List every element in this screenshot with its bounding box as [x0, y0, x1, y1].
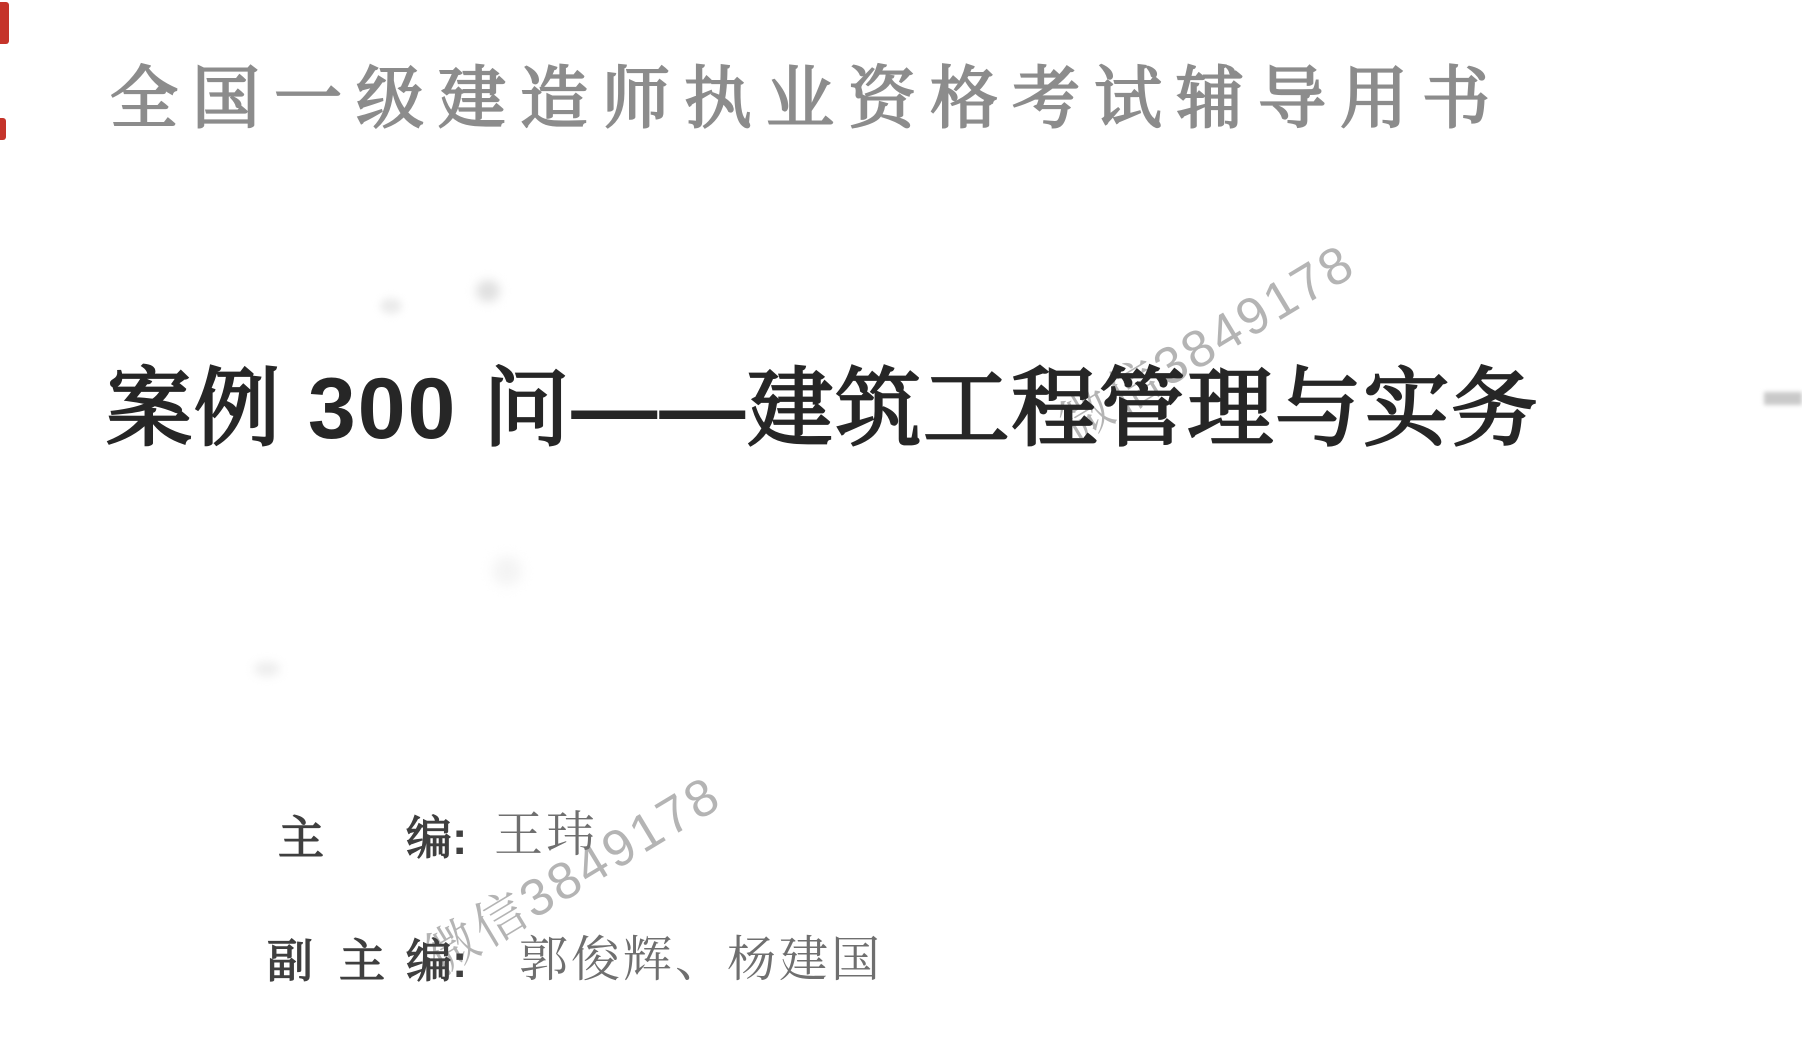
deputy-editor-label-bian: 编:	[406, 936, 467, 987]
scan-smudge	[380, 298, 402, 314]
chief-editor-label-bian: 编:	[406, 813, 467, 864]
red-scan-mark-lower	[0, 118, 6, 140]
scan-smudge	[254, 662, 280, 676]
scan-smudge	[476, 280, 500, 302]
chief-editor-name: 王玮	[494, 808, 598, 862]
red-scan-mark-top	[0, 2, 9, 44]
deputy-editor-label-fu: 副	[267, 936, 313, 987]
scan-mark-right-edge	[1764, 392, 1802, 405]
chief-editor-label-zhu: 主	[278, 813, 324, 864]
book-title: 案例 300 问——建筑工程管理与实务	[106, 362, 1539, 457]
deputy-editor-names: 郭俊辉、杨建国	[519, 933, 883, 987]
series-label: 全国一级建造师执业资格考试辅导用书	[110, 60, 1504, 138]
scanned-book-title-page: 全国一级建造师执业资格考试辅导用书 微信3849178 案例 300 问——建筑…	[0, 0, 1802, 1048]
deputy-editor-label-zhu: 主	[339, 936, 385, 987]
scan-smudge	[492, 556, 522, 586]
